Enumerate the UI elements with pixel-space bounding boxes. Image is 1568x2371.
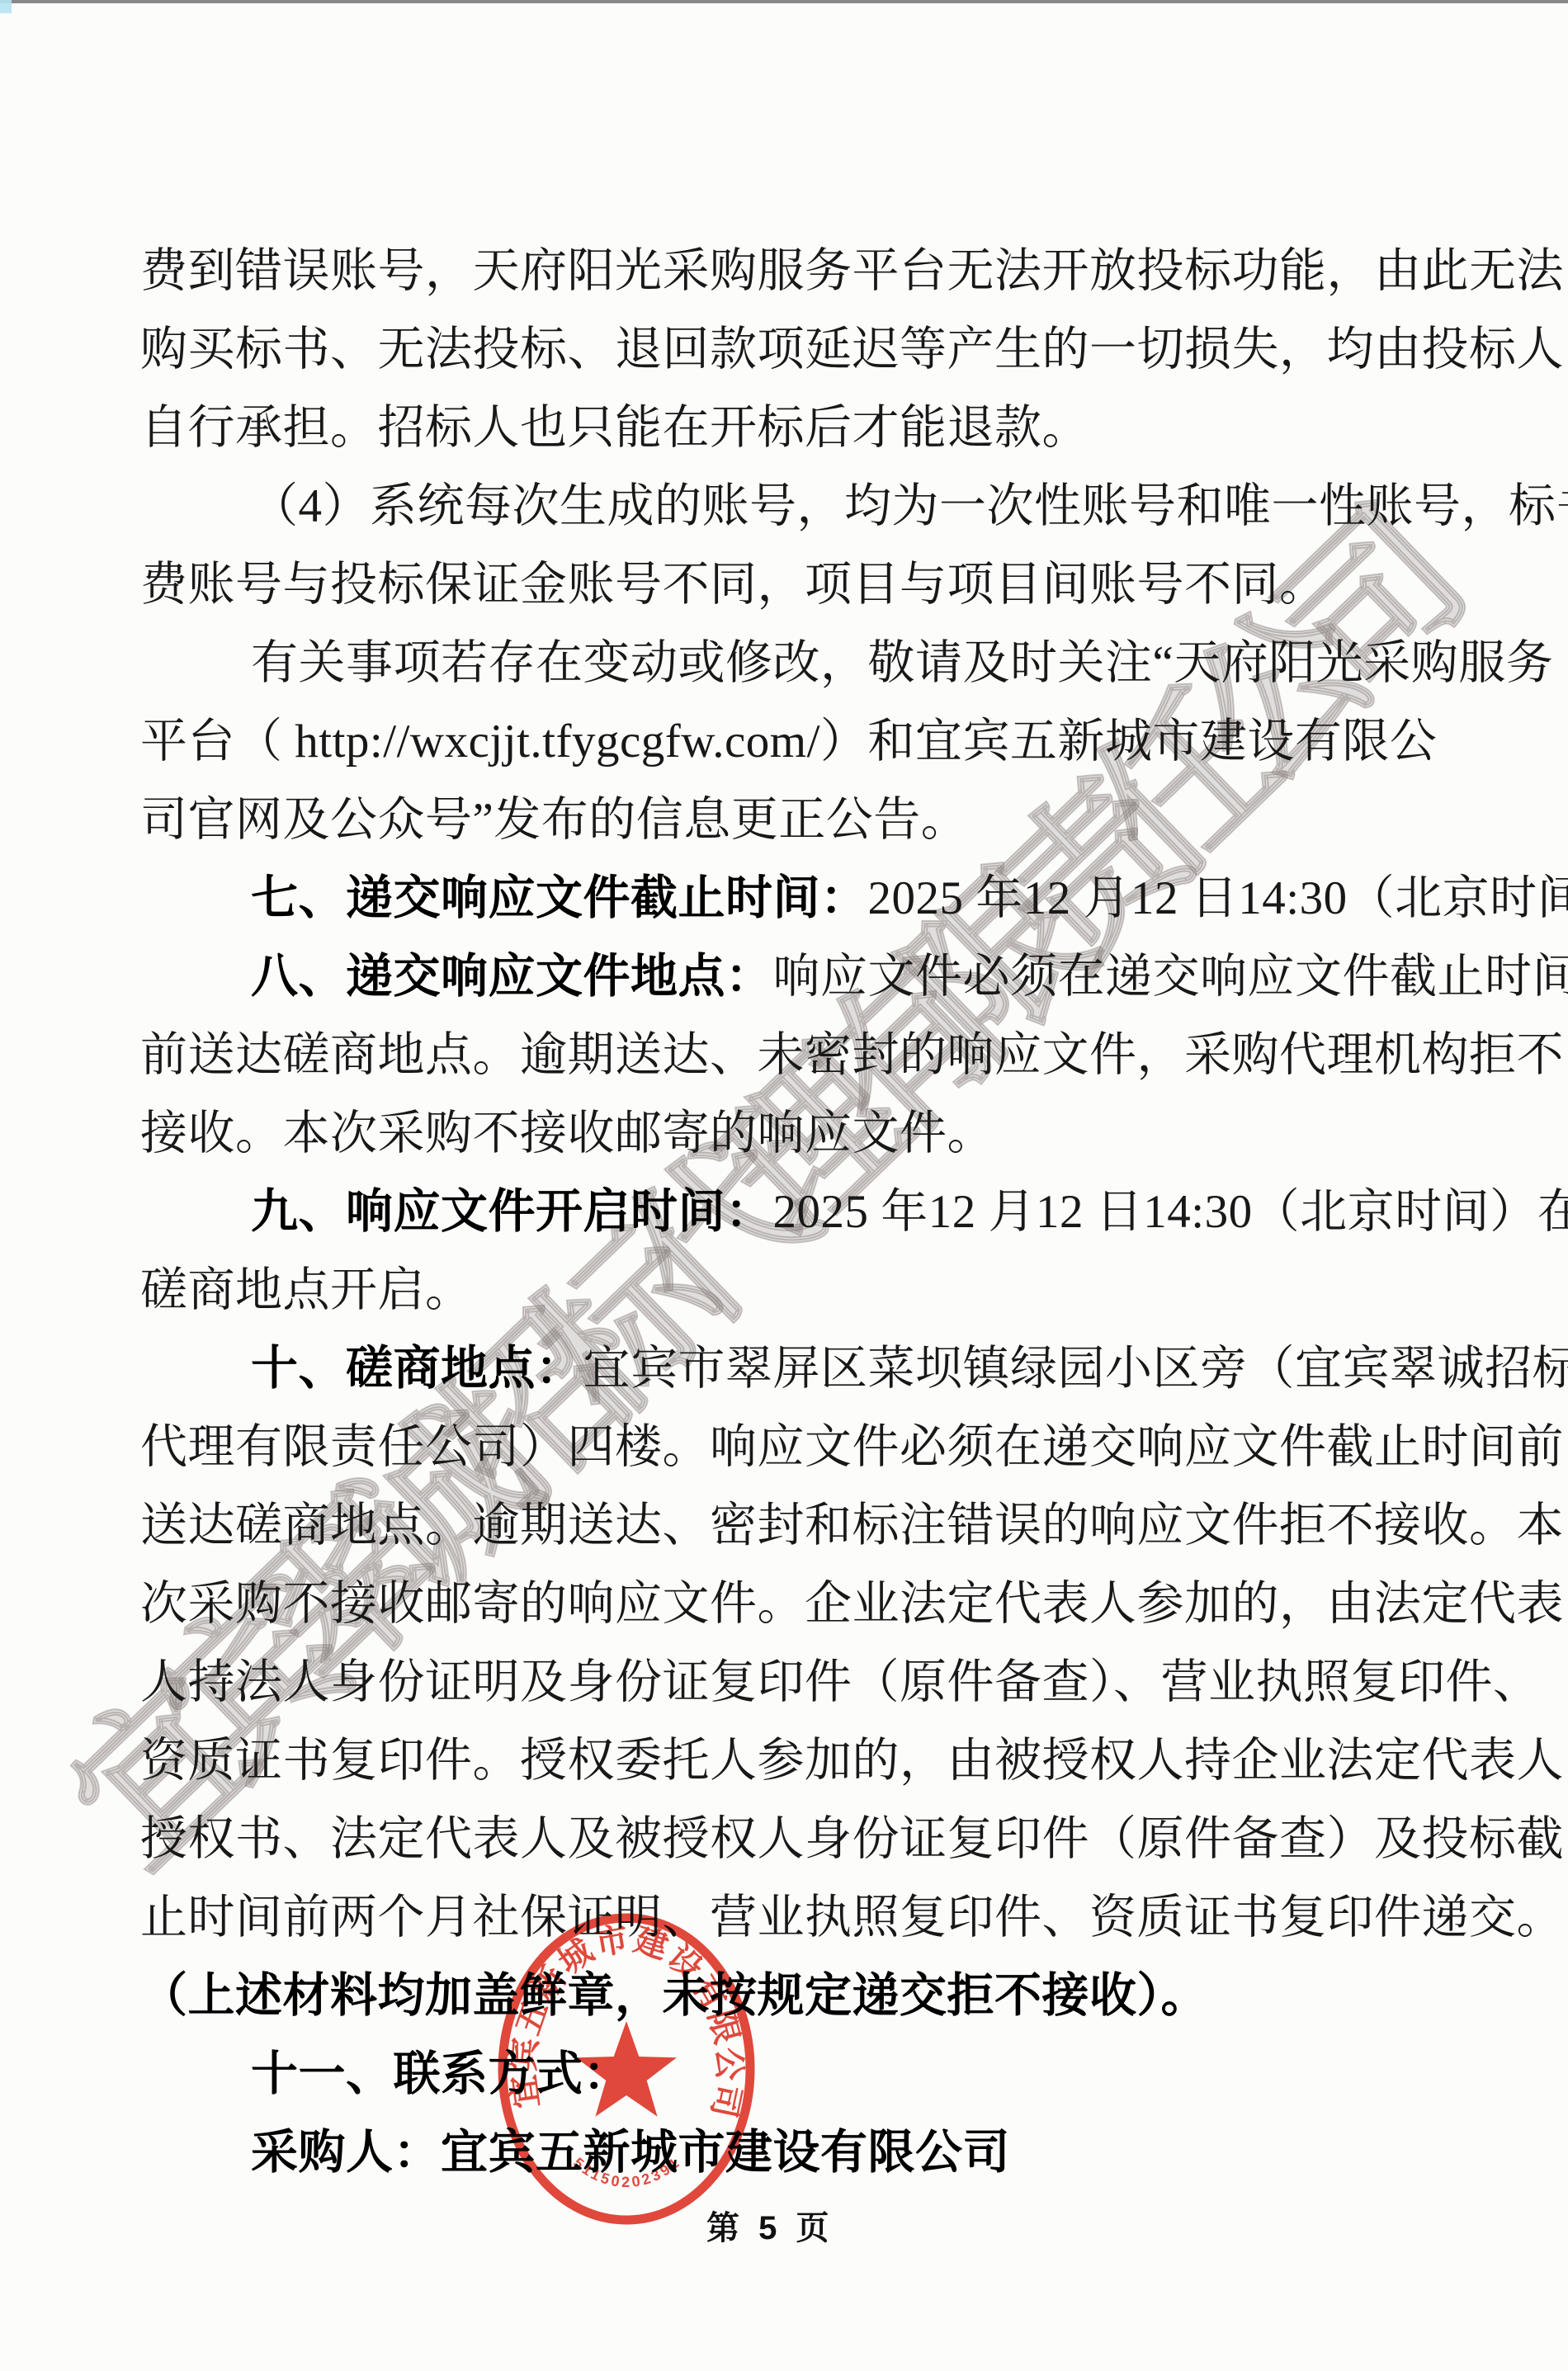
scan-artifact-corner [0, 0, 12, 13]
heading-label: 十、磋商地点： [251, 1342, 583, 1395]
line-text: 前送达磋商地点。逾期送达、未密封的响应文件，采购代理机构拒不 [140, 1029, 1564, 1081]
line-text: 司官网及公众号”发布的信息更正公告。 [140, 794, 968, 846]
line-text: （4）系统每次生成的账号，均为一次性账号和唯一性账号，标书 [251, 480, 1568, 532]
line-text: 有关事项若存在变动或修改，敬请及时关注“天府阳光采购服务 [251, 637, 1553, 689]
line-text: 购买标书、无法投标、退回款项延迟等产生的一切损失，均由投标人 [140, 324, 1564, 375]
line-text: 响应文件必须在递交响应文件截止时间 [773, 951, 1568, 1003]
text-line: 有关事项若存在变动或修改，敬请及时关注“天府阳光采购服务 [140, 624, 1433, 702]
text-line: 司官网及公众号”发布的信息更正公告。 [140, 781, 1433, 859]
line-text: 代理有限责任公司）四楼。响应文件必须在递交响应文件截止时间前 [140, 1421, 1564, 1473]
text-line: 七、递交响应文件截止时间：2025 年12 月12 日14:30（北京时间）。 [140, 859, 1433, 938]
text-line: 采购人：宜宾五新城市建设有限公司 [140, 2114, 1433, 2192]
text-line: 资质证书复印件。授权委托人参加的，由被授权人持企业法定代表人 [140, 1722, 1433, 1800]
line-text: 平台（ http://wxcjjt.tfygcgfw.com/）和宜宾五新城市建… [140, 716, 1437, 768]
text-line: 十、磋商地点：宜宾市翠屏区菜坝镇绿园小区旁（宜宾翠诚招标 [140, 1330, 1433, 1408]
line-text: 送达磋商地点。逾期送达、密封和标注错误的响应文件拒不接收。本 [140, 1500, 1564, 1552]
line-text: 接收。本次采购不接收邮寄的响应文件。 [140, 1108, 994, 1160]
text-line: 前送达磋商地点。逾期送达、未密封的响应文件，采购代理机构拒不 [140, 1016, 1433, 1094]
text-line: 十一、联系方式： [140, 2035, 1433, 2114]
scan-artifact-top-edge [0, 0, 1568, 3]
text-line: 磋商地点开启。 [140, 1251, 1433, 1330]
text-line: 自行承担。招标人也只能在开标后才能退款。 [140, 389, 1433, 467]
line-text: 次采购不接收邮寄的响应文件。企业法定代表人参加的，由法定代表 [140, 1578, 1564, 1630]
line-text: 资质证书复印件。授权委托人参加的，由被授权人持企业法定代表人 [140, 1735, 1564, 1787]
line-text: 磋商地点开启。 [140, 1264, 473, 1316]
line-text: 2025 年12 月12 日14:30（北京时间）。 [868, 872, 1568, 924]
line-text: 止时间前两个月社保证明、营业执照复印件、资质证书复印件递交。 [140, 1892, 1564, 1944]
line-text: 授权书、法定代表人及被授权人身份证复印件（原件备查）及投标截 [140, 1813, 1564, 1865]
text-line: 平台（ http://wxcjjt.tfygcgfw.com/）和宜宾五新城市建… [140, 702, 1433, 781]
company-seal: 宜宾五新城市建设有限公司 5115020239117 [494, 1907, 761, 2231]
text-line: 止时间前两个月社保证明、营业执照复印件、资质证书复印件递交。 [140, 1878, 1433, 1957]
text-line: 费到错误账号，天府阳光采购服务平台无法开放投标功能，由此无法 [140, 232, 1433, 310]
text-line: 代理有限责任公司）四楼。响应文件必须在递交响应文件截止时间前 [140, 1408, 1433, 1486]
text-line: （4）系统每次生成的账号，均为一次性账号和唯一性账号，标书 [140, 467, 1433, 546]
text-line: （上述材料均加盖鲜章，未按规定递交拒不接收）。 [140, 1957, 1433, 2035]
text-line: 购买标书、无法投标、退回款项延迟等产生的一切损失，均由投标人 [140, 310, 1433, 389]
line-text: 费账号与投标保证金账号不同，项目与项目间账号不同。 [140, 559, 1327, 611]
line-text: 人持法人身份证明及身份证复印件（原件备查）、营业执照复印件、 [140, 1656, 1541, 1708]
document-body: 费到错误账号，天府阳光采购服务平台无法开放投标功能，由此无法购买标书、无法投标、… [140, 232, 1433, 2192]
page-number: 第 5 页 [706, 2202, 834, 2249]
text-line: 接收。本次采购不接收邮寄的响应文件。 [140, 1094, 1433, 1173]
text-line: 九、响应文件开启时间：2025 年12 月12 日14:30（北京时间）在 [140, 1173, 1433, 1251]
text-line: 费账号与投标保证金账号不同，项目与项目间账号不同。 [140, 546, 1433, 624]
text-line: 授权书、法定代表人及被授权人身份证复印件（原件备查）及投标截 [140, 1800, 1433, 1878]
line-text: 费到错误账号，天府阳光采购服务平台无法开放投标功能，由此无法 [140, 245, 1564, 297]
text-line: 人持法人身份证明及身份证复印件（原件备查）、营业执照复印件、 [140, 1643, 1433, 1722]
star-icon [576, 2021, 677, 2117]
text-line: 送达磋商地点。逾期送达、密封和标注错误的响应文件拒不接收。本 [140, 1486, 1433, 1565]
heading-label: 七、递交响应文件截止时间： [251, 871, 868, 924]
heading-label: 九、响应文件开启时间： [251, 1185, 773, 1238]
line-text: 2025 年12 月12 日14:30（北京时间）在 [773, 1186, 1568, 1238]
heading-label: 八、递交响应文件地点： [251, 950, 773, 1003]
line-text: 宜宾市翠屏区菜坝镇绿园小区旁（宜宾翠诚招标 [583, 1343, 1568, 1395]
line-text: 自行承担。招标人也只能在开标后才能退款。 [140, 402, 1089, 454]
text-line: 次采购不接收邮寄的响应文件。企业法定代表人参加的，由法定代表 [140, 1565, 1433, 1643]
document-page: 宜宾翠诚招标代理有限责任公司 费到错误账号，天府阳光采购服务平台无法开放投标功能… [0, 0, 1568, 2371]
text-line: 八、递交响应文件地点：响应文件必须在递交响应文件截止时间 [140, 938, 1433, 1016]
